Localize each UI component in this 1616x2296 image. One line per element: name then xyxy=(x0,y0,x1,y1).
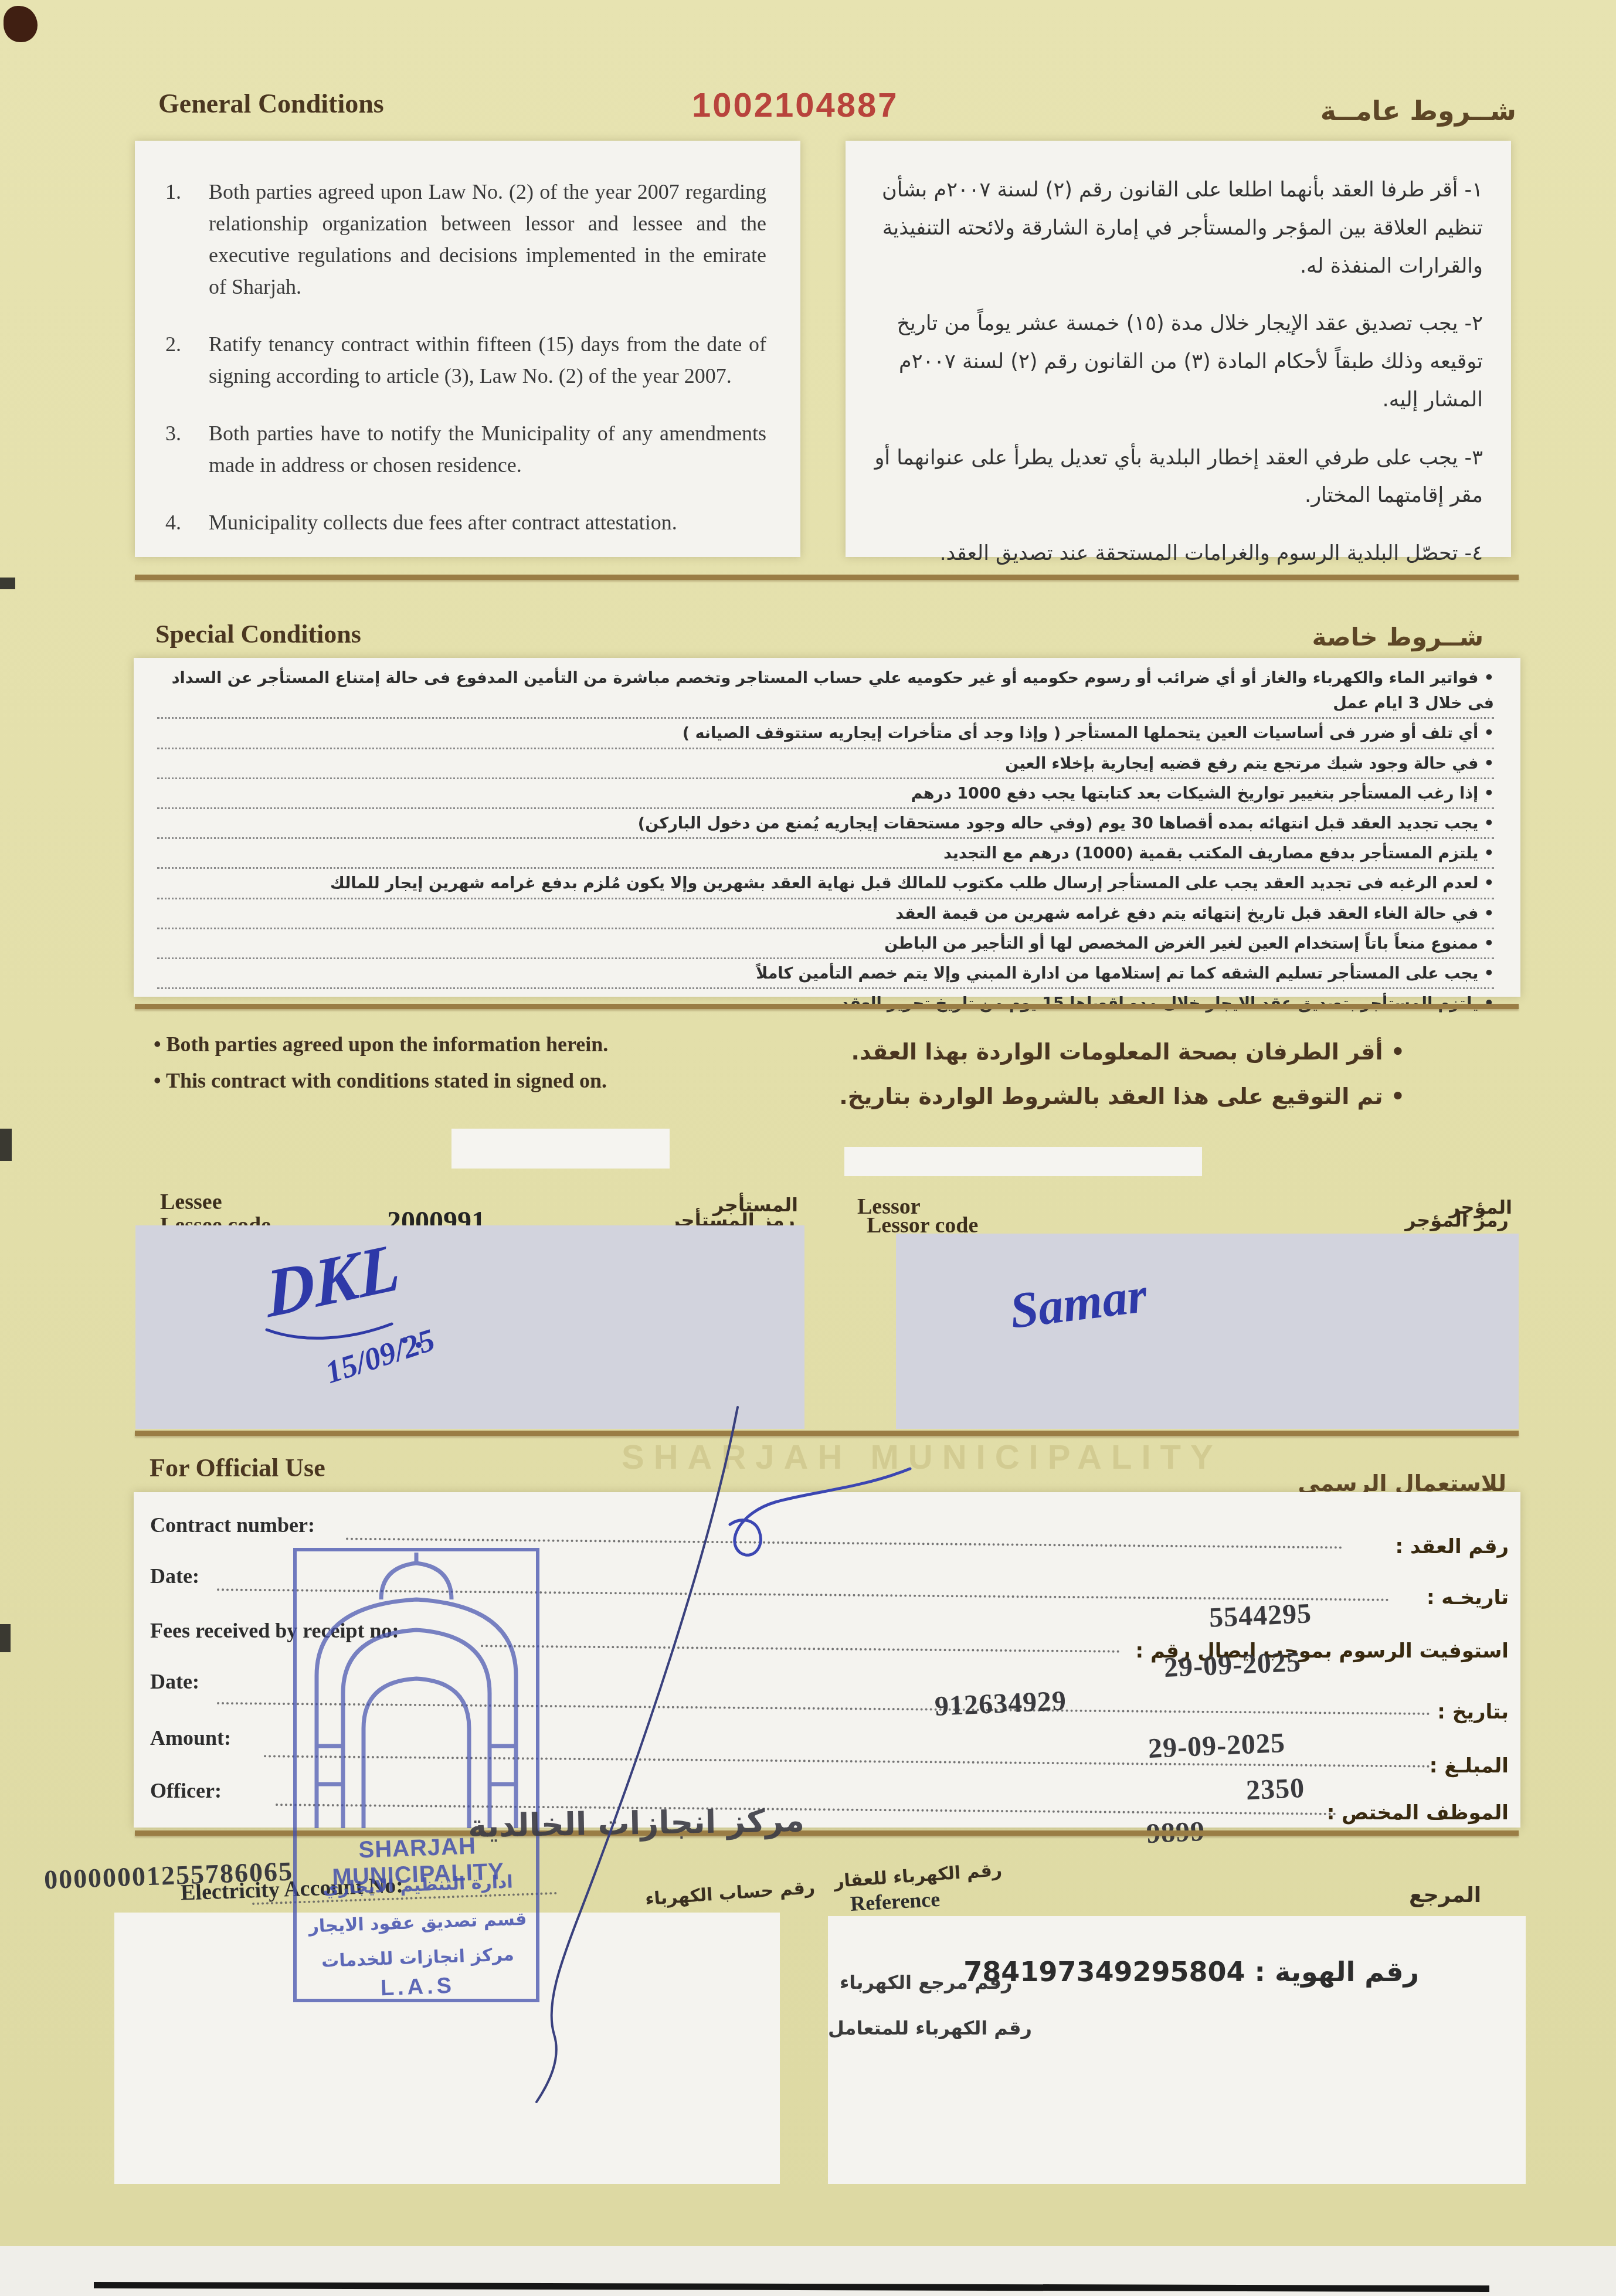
gc-en-item-text: Both parties have to notify the Municipa… xyxy=(209,417,766,481)
section-divider xyxy=(135,1431,1519,1436)
official-row-label-ar: رقم العقد : xyxy=(1396,1535,1509,1558)
special-condition-line: أي تلف أو ضرر فى أساسيات العين يتحملها ا… xyxy=(157,719,1494,749)
gc-ar-item-number: ٣- xyxy=(1465,446,1483,470)
special-conditions-title-ar: شــروط خاصة xyxy=(1312,623,1483,651)
agreement-line-en: Both parties agreed upon the information… xyxy=(154,1032,608,1057)
official-row-label: Amount: xyxy=(150,1726,231,1750)
gc-ar-item-text: يجب على طرفي العقد إخطار البلدية بأي تعد… xyxy=(874,446,1483,508)
gc-ar-item-text: أقر طرفا العقد بأنهما اطلعا على القانون … xyxy=(882,178,1483,278)
agreement-line-ar: تم التوقيع على هذا العقد بالشروط الواردة… xyxy=(839,1084,1405,1109)
special-condition-line: فواتير الماء والكهرباء والغاز أو أي ضرائ… xyxy=(157,664,1494,719)
gc-en-item: 3. Both parties have to notify the Munic… xyxy=(165,417,766,481)
electricity-reference-label-ar: رقم مرجع الكهرباء xyxy=(840,1971,1012,1993)
electricity-account-label-ar: رقم حساب الكهرباء xyxy=(644,1877,816,1910)
edge-mark xyxy=(0,1129,12,1161)
id-number-label: رقم الهوية : xyxy=(1254,1956,1419,1988)
special-condition-line: يجب تجديد العقد قبل انتهائه بمده أقصاها … xyxy=(157,809,1494,839)
special-condition-line: في حالة وجود شيك مرتجع يتم رفع قضيه إيجا… xyxy=(157,749,1494,779)
lessor-code-label-ar: رمز المؤجر xyxy=(1405,1209,1509,1231)
official-row-label-ar: المبلـغ : xyxy=(1430,1754,1509,1778)
gc-en-item-number: 4. xyxy=(165,507,189,538)
gc-ar-item-number: ٤- xyxy=(1465,542,1483,565)
special-condition-line: يجب على المستأجر تسليم الشقه كما تم إستل… xyxy=(157,959,1494,989)
lessee-signature-area xyxy=(135,1225,804,1429)
special-condition-line: ممنوع منعاً باتاً إستخدام العين لغير الغ… xyxy=(157,929,1494,959)
printed-receipt-number: 5544295 xyxy=(1208,1597,1312,1634)
reference-label-ar: المرجع xyxy=(1409,1883,1481,1907)
general-conditions-title-ar: شــروط عامــة xyxy=(1320,95,1516,127)
gc-en-item: 4. Municipality collects due fees after … xyxy=(165,507,766,538)
gc-ar-item-number: ٢- xyxy=(1465,312,1483,335)
section-divider xyxy=(135,575,1519,580)
municipality-watermark: SHARJAH MUNICIPALITY xyxy=(622,1438,1223,1477)
gc-en-item: 2. Ratify tenancy contract within fiftee… xyxy=(165,328,766,392)
official-row-label-ar: تاريخـه : xyxy=(1427,1586,1509,1609)
edge-mark xyxy=(0,578,15,589)
whiteout-box xyxy=(451,1129,670,1169)
scanned-tenancy-contract-page: General Conditions 1002104887 شــروط عام… xyxy=(0,0,1616,2296)
general-conditions-ar-box: ١- أقر طرفا العقد بأنهما اطلعا على القان… xyxy=(846,141,1511,557)
gc-ar-item: ٢- يجب تصديق عقد الإيجار خلال مدة (١٥) خ… xyxy=(869,305,1483,419)
bottom-paper-band xyxy=(0,2184,1616,2246)
official-row-label-ar: الموظف المختص : xyxy=(1327,1801,1509,1825)
gc-en-item-text: Ratify tenancy contract within fifteen (… xyxy=(209,328,766,392)
gc-ar-item: ٤- تحصّل البلدية الرسوم والغرامات المستح… xyxy=(869,535,1483,573)
official-row-label: Date: xyxy=(150,1564,199,1588)
stamp-arch-drawing xyxy=(293,1553,539,1828)
section-divider xyxy=(135,1004,1519,1009)
official-use-title: For Official Use xyxy=(150,1453,325,1483)
official-row-label: Officer: xyxy=(150,1778,222,1803)
general-conditions-title: General Conditions xyxy=(158,88,384,119)
contract-serial-number: 1002104887 xyxy=(692,86,899,125)
whiteout-box xyxy=(844,1147,1202,1176)
official-row-label-ar: بتاريخ : xyxy=(1437,1700,1509,1724)
gc-ar-item-text: يجب تصديق عقد الإيجار خلال مدة (١٥) خمسة… xyxy=(897,312,1483,412)
gc-en-item-text: Both parties agreed upon Law No. (2) of … xyxy=(209,176,766,303)
gc-ar-item-text: تحصّل البلدية الرسوم والغرامات المستحقة … xyxy=(939,542,1458,565)
special-condition-line: في حالة الغاء العقد قبل تاريخ إنتهائه يت… xyxy=(157,899,1494,929)
gc-en-item: 1. Both parties agreed upon Law No. (2) … xyxy=(165,176,766,303)
general-conditions-en-box: 1. Both parties agreed upon Law No. (2) … xyxy=(135,141,800,557)
special-condition-line: إذا رغب المستأجر بتغيير تواريخ الشيكات ب… xyxy=(157,779,1494,809)
customer-electricity-label-ar: رقم الكهرباء للمتعامل xyxy=(828,2017,1032,2039)
lessor-signature-area xyxy=(896,1234,1519,1429)
edge-mark xyxy=(0,1624,11,1652)
gc-ar-item: ٣- يجب على طرفي العقد إخطار البلدية بأي … xyxy=(869,439,1483,515)
official-row-label: Date: xyxy=(150,1669,199,1694)
gc-en-item-text: Municipality collects due fees after con… xyxy=(209,507,677,538)
special-conditions-box: فواتير الماء والكهرباء والغاز أو أي ضرائ… xyxy=(134,658,1520,997)
lessee-label: Lessee xyxy=(160,1189,222,1215)
special-condition-line: لعدم الرغبه فى تجديد العقد يجب على المست… xyxy=(157,869,1494,899)
printed-payment-date: 29-09-2025 xyxy=(1148,1727,1286,1765)
special-conditions-title: Special Conditions xyxy=(155,619,361,649)
gc-ar-item: ١- أقر طرفا العقد بأنهما اطلعا على القان… xyxy=(869,171,1483,285)
property-electricity-label-ar: رقم الكهرباء للعقار xyxy=(833,1860,1003,1892)
agreement-line-en: This contract with conditions stated in … xyxy=(154,1068,607,1093)
id-number-line: رقم الهوية : 784197349295804 xyxy=(963,1956,1419,1988)
official-row-label: Contract number: xyxy=(150,1513,315,1537)
reference-label: Reference xyxy=(850,1887,941,1916)
gc-en-item-number: 3. xyxy=(165,417,189,481)
corner-ink-blot xyxy=(4,6,38,42)
gc-en-item-number: 2. xyxy=(165,328,189,392)
printed-reference-number: 912634929 xyxy=(934,1684,1067,1723)
printed-receipt-date: 29-09-2025 xyxy=(1163,1646,1302,1684)
gc-en-item-number: 1. xyxy=(165,176,189,303)
special-condition-line: يلتزم المستأجر بدفع مصاريف المكتب بقمية … xyxy=(157,839,1494,869)
agreement-line-ar: أقر الطرفان بصحة المعلومات الواردة بهذا … xyxy=(851,1039,1405,1065)
printed-amount: 2350 xyxy=(1245,1772,1305,1806)
gc-ar-item-number: ١- xyxy=(1465,178,1483,202)
